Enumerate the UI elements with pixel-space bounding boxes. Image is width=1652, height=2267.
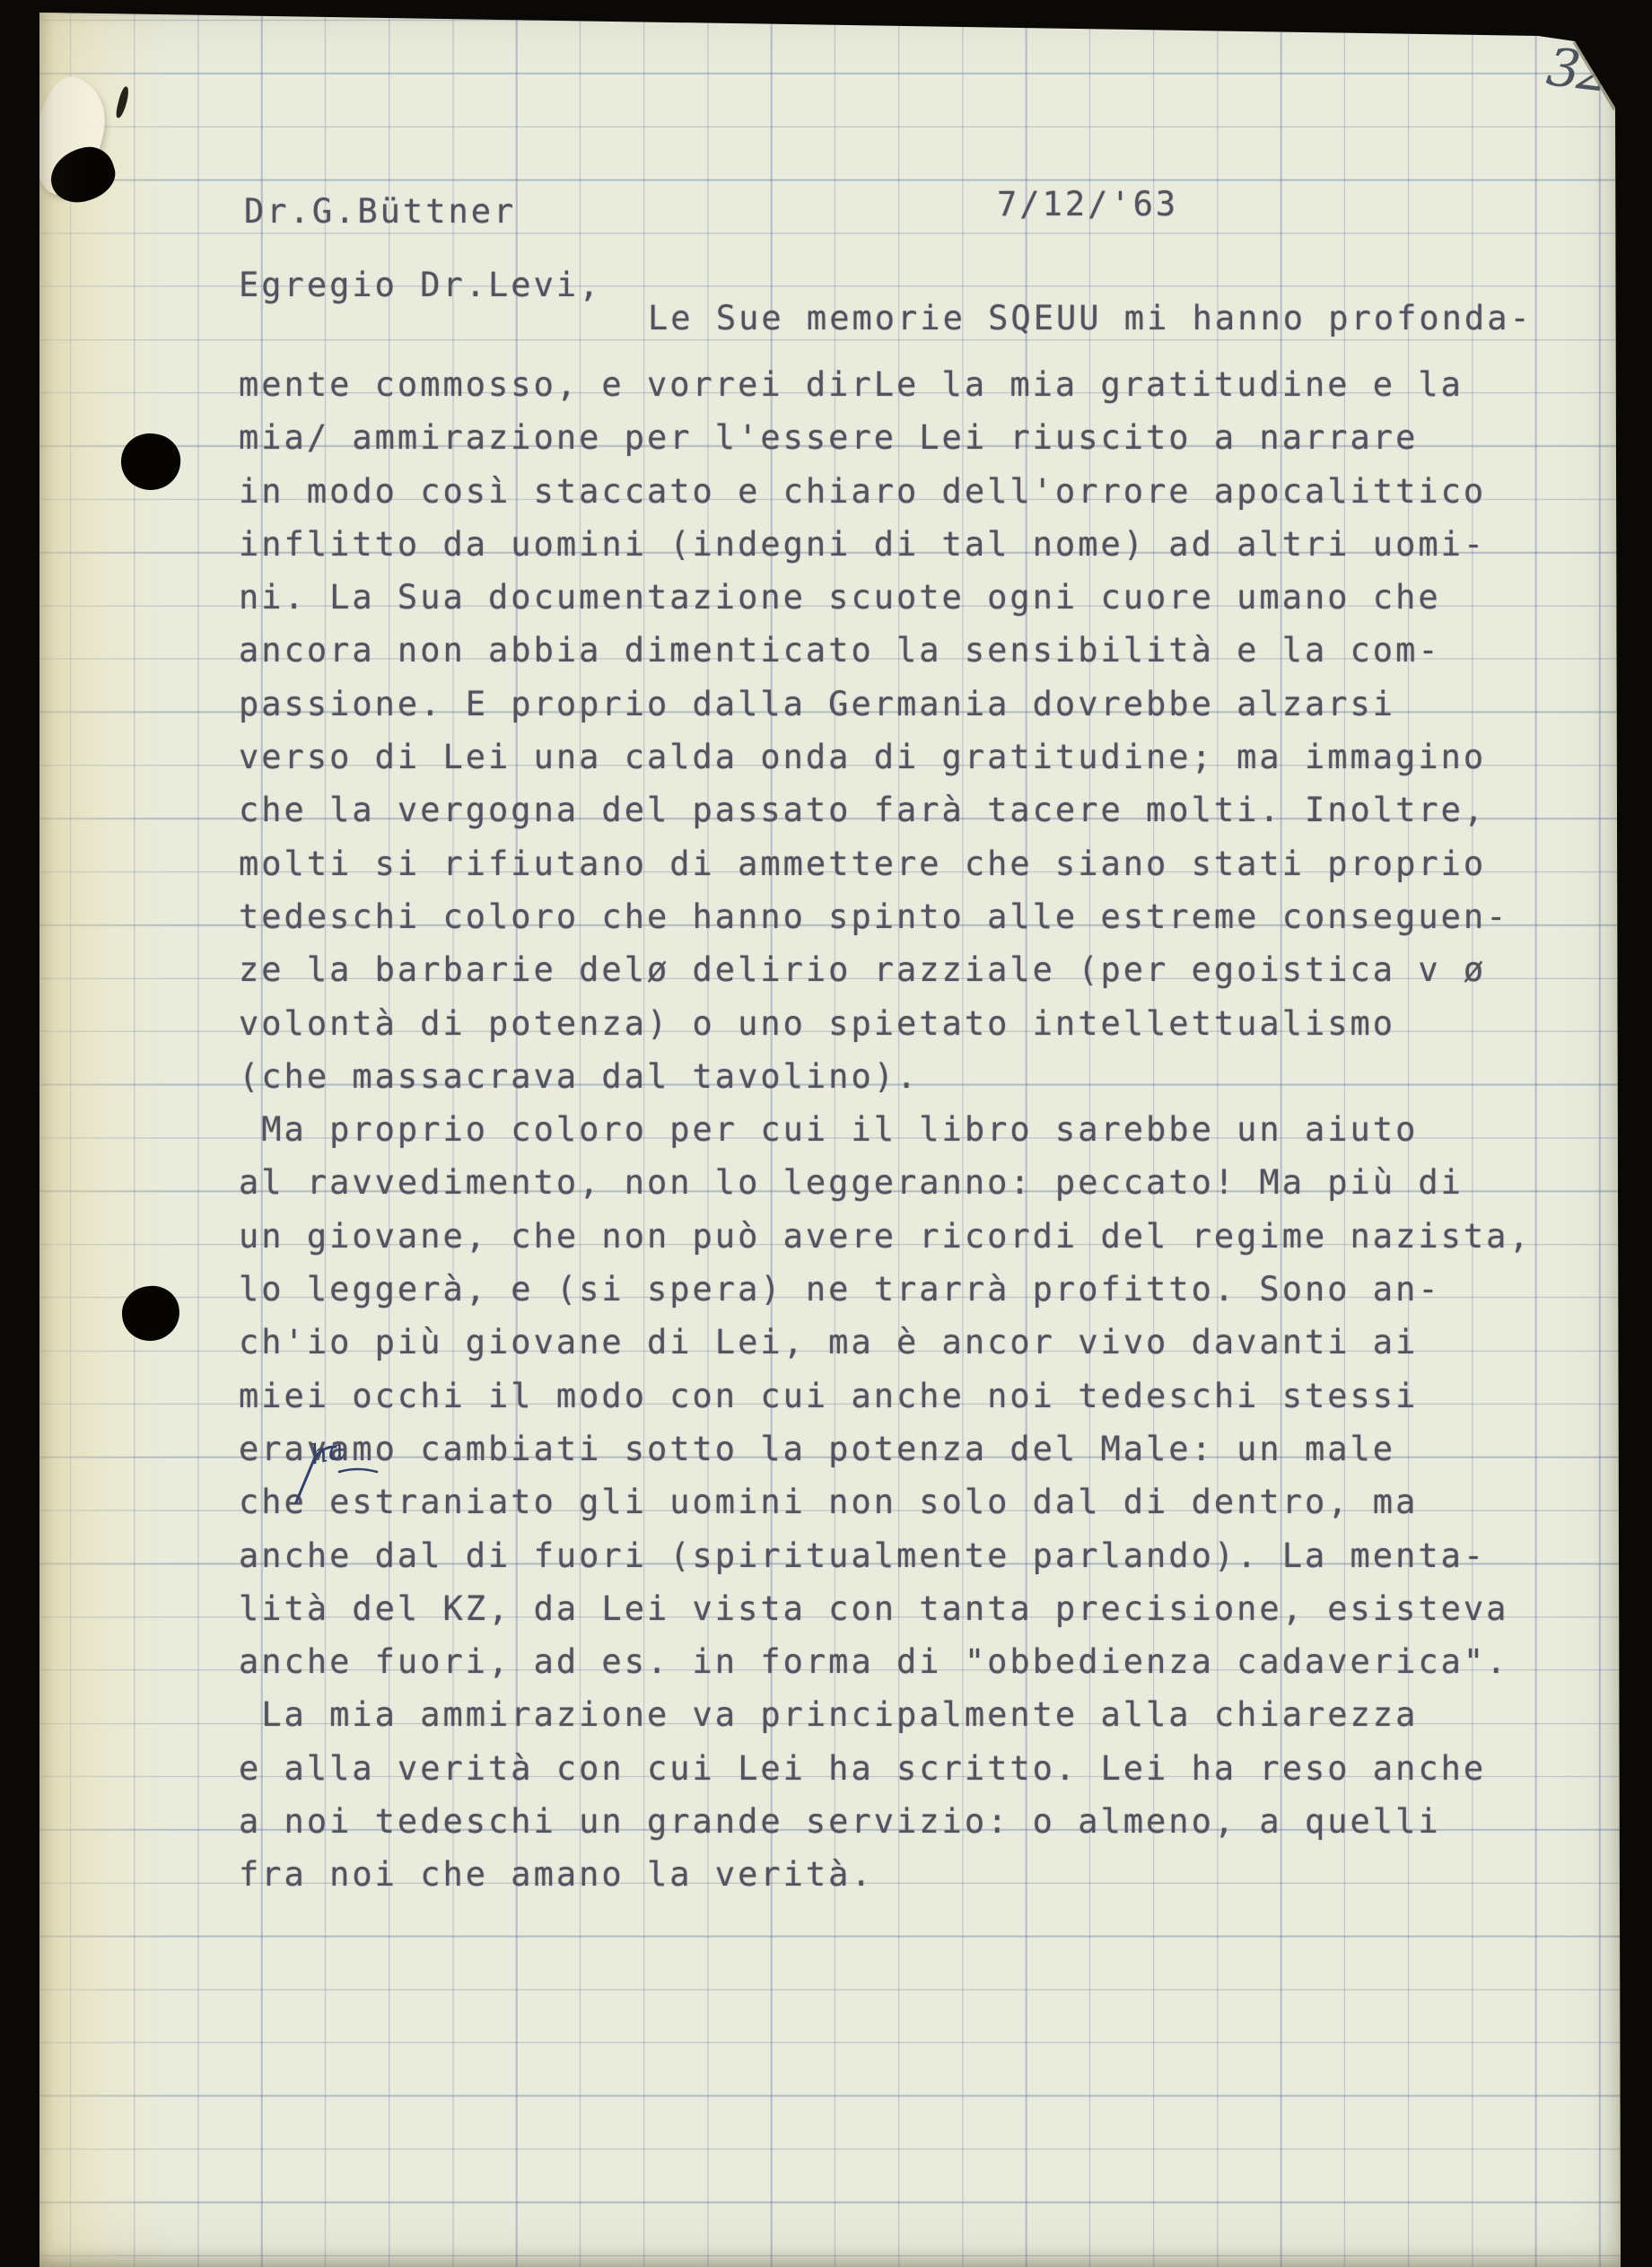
letter-line: anche dal di fuori (spiritualmente parla… <box>239 1529 1532 1582</box>
scan-backdrop: Dr.G.Büttner 7/12/'63 Egregio Dr.Levi, L… <box>0 0 1652 2267</box>
letter-line: che estraniato gli uomini non solo dal d… <box>239 1475 1532 1528</box>
letter-line: anche fuori, ad es. in forma di "obbedie… <box>239 1635 1532 1688</box>
letter-line: a noi tedeschi un grande servizio: o alm… <box>239 1795 1532 1848</box>
letter-line: che la vergogna del passato farà tacere … <box>239 783 1532 836</box>
letter-line: ch'io più giovane di Lei, ma è ancor viv… <box>239 1316 1532 1369</box>
letter-line: molti si rifiutano di ammettere che sian… <box>239 837 1532 890</box>
letter-line: verso di Lei una calda onda di gratitudi… <box>239 731 1532 783</box>
letter-body: mente commosso, e vorrei dirLe la mia gr… <box>239 358 1532 1902</box>
letter-line: mia/ ammirazione per l'essere Lei riusci… <box>239 411 1532 464</box>
letter-line: ni. La Sua documentazione scuote ogni cu… <box>239 571 1532 624</box>
letter-line: fra noi che amano la verità. <box>239 1848 1532 1901</box>
letter-page: Dr.G.Büttner 7/12/'63 Egregio Dr.Levi, L… <box>39 0 1630 2267</box>
letter-line: lità del KZ, da Lei vista con tanta prec… <box>239 1582 1532 1635</box>
letter-line: ancora non abbia dimenticato la sensibil… <box>239 624 1532 677</box>
paper-binding-edge <box>39 0 174 2267</box>
letter-line: eravamo cambiati sotto la potenza del Ma… <box>239 1422 1532 1475</box>
letter-line: tedeschi coloro che hanno spinto alle es… <box>239 890 1532 943</box>
letter-line: un giovane, che non può avere ricordi de… <box>239 1210 1532 1263</box>
salutation: Egregio Dr.Levi, <box>239 258 601 311</box>
letter-line: inflitto da uomini (indegni di tal nome)… <box>239 518 1532 571</box>
letter-line: e alla verità con cui Lei ha scritto. Le… <box>239 1742 1532 1795</box>
letter-line: lo leggerà, e (si spera) ne trarrà profi… <box>239 1263 1532 1316</box>
letter-line: mente commosso, e vorrei dirLe la mia gr… <box>239 358 1532 411</box>
letter-line: volontà di potenza) o uno spietato intel… <box>239 997 1532 1050</box>
letter-date: 7/12/'63 <box>997 178 1178 231</box>
opening-line: Le Sue memorie SQEUU mi hanno profonda- <box>648 292 1533 345</box>
letter-line: in modo così staccato e chiaro dell'orro… <box>239 465 1532 518</box>
letter-line: miei occhi il modo con cui anche noi ted… <box>239 1370 1532 1422</box>
letter-line: La mia ammirazione va principalmente all… <box>239 1688 1532 1741</box>
letter-line: passione. E proprio dalla Germania dovre… <box>239 678 1532 731</box>
sender-name: Dr.G.Büttner <box>244 185 516 238</box>
letter-line: Ma proprio coloro per cui il libro sareb… <box>239 1103 1532 1156</box>
letter-line: ze la barbarie delø delirio razziale (pe… <box>239 943 1532 996</box>
letter-line: al ravvedimento, non lo leggeranno: pecc… <box>239 1156 1532 1209</box>
letter-line: (che massacrava dal tavolino). <box>239 1050 1532 1103</box>
